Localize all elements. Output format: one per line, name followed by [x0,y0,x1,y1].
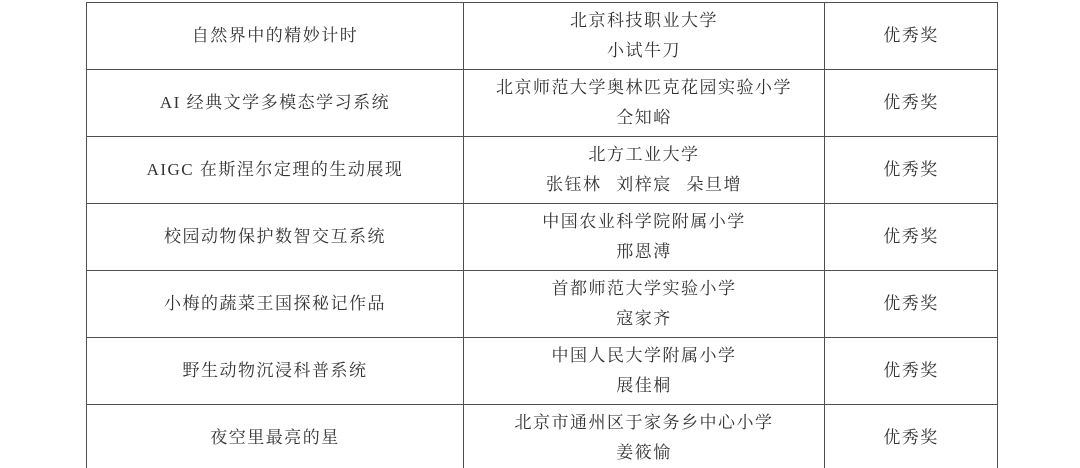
school-authors-cell: 中国人民大学附属小学 展佳桐 [464,338,825,405]
school-authors-cell: 北方工业大学 张钰林 刘梓宸 朵旦增 [464,137,825,204]
school-name: 首都师范大学实验小学 [464,274,824,304]
school-authors-cell: 北京市通州区于家务乡中心小学 姜筱愉 [464,405,825,468]
author-names: 张钰林 刘梓宸 朵旦增 [464,170,824,200]
project-cell: 夜空里最亮的星 [87,405,464,468]
project-cell: 小梅的蔬菜王国探秘记作品 [87,271,464,338]
school-authors-cell: 北京师范大学奥林匹克花园实验小学 仝知峪 [464,70,825,137]
school-name: 中国农业科学院附属小学 [464,207,824,237]
school-name: 北京市通州区于家务乡中心小学 [464,408,824,438]
table-row: AIGC 在斯涅尔定理的生动展现 北方工业大学 张钰林 刘梓宸 朵旦增 优秀奖 [87,137,998,204]
project-cell: 自然界中的精妙计时 [87,3,464,70]
table-row: 小梅的蔬菜王国探秘记作品 首都师范大学实验小学 寇家齐 优秀奖 [87,271,998,338]
school-authors-cell: 北京科技职业大学 小试牛刀 [464,3,825,70]
award-cell: 优秀奖 [825,70,998,137]
award-cell: 优秀奖 [825,271,998,338]
table-row: AI 经典文学多模态学习系统 北京师范大学奥林匹克花园实验小学 仝知峪 优秀奖 [87,70,998,137]
school-name: 北方工业大学 [464,140,824,170]
award-cell: 优秀奖 [825,338,998,405]
table-row: 校园动物保护数智交互系统 中国农业科学院附属小学 邢恩溥 优秀奖 [87,204,998,271]
award-cell: 优秀奖 [825,3,998,70]
school-name: 北京师范大学奥林匹克花园实验小学 [464,73,824,103]
author-names: 仝知峪 [464,103,824,133]
award-cell: 优秀奖 [825,204,998,271]
school-authors-cell: 首都师范大学实验小学 寇家齐 [464,271,825,338]
school-name: 北京科技职业大学 [464,6,824,36]
school-authors-cell: 中国农业科学院附属小学 邢恩溥 [464,204,825,271]
project-cell: 校园动物保护数智交互系统 [87,204,464,271]
table-row: 自然界中的精妙计时 北京科技职业大学 小试牛刀 优秀奖 [87,3,998,70]
award-cell: 优秀奖 [825,405,998,468]
project-cell: AIGC 在斯涅尔定理的生动展现 [87,137,464,204]
author-names: 小试牛刀 [464,36,824,66]
author-names: 展佳桐 [464,371,824,401]
table-row: 夜空里最亮的星 北京市通州区于家务乡中心小学 姜筱愉 优秀奖 [87,405,998,468]
project-cell: 野生动物沉浸科普系统 [87,338,464,405]
author-names: 寇家齐 [464,304,824,334]
page-canvas: 自然界中的精妙计时 北京科技职业大学 小试牛刀 优秀奖 AI 经典文学多模态学习… [0,0,1080,468]
author-names: 邢恩溥 [464,237,824,267]
award-cell: 优秀奖 [825,137,998,204]
author-names: 姜筱愉 [464,438,824,468]
project-cell: AI 经典文学多模态学习系统 [87,70,464,137]
table-row: 野生动物沉浸科普系统 中国人民大学附属小学 展佳桐 优秀奖 [87,338,998,405]
school-name: 中国人民大学附属小学 [464,341,824,371]
award-results-table: 自然界中的精妙计时 北京科技职业大学 小试牛刀 优秀奖 AI 经典文学多模态学习… [86,2,998,468]
